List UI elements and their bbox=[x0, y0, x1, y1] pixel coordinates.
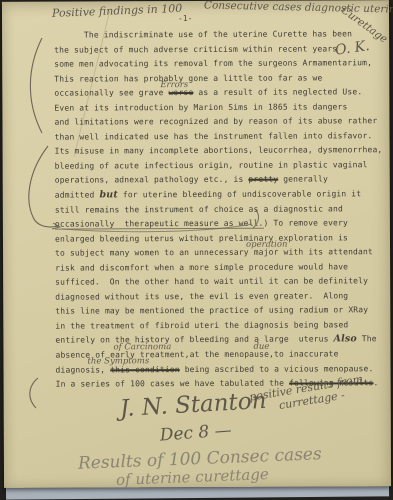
typed-text: occasionally see grave bbox=[54, 88, 168, 97]
typed-text: entirely on the history of bleeding and … bbox=[55, 335, 333, 345]
typed-line: Its misuse in many incomplete abortions,… bbox=[55, 144, 382, 160]
typed-line: risk and discomfort when a more simple p… bbox=[55, 260, 382, 276]
typed-line: entirely on the history of bleeding and … bbox=[55, 333, 382, 349]
struck-text: pretty bbox=[248, 175, 278, 184]
typed-text: some men advocating its removal from the… bbox=[54, 58, 372, 68]
typed-line: occasionally therapeutic measure as well… bbox=[55, 216, 382, 232]
typed-text: generally bbox=[278, 175, 328, 184]
insertion-operation: operation bbox=[246, 240, 287, 250]
typed-text: The indiscriminate use of the uterine Cu… bbox=[54, 29, 352, 39]
typed-text: bleeding of acute infectious origin, rou… bbox=[55, 160, 368, 170]
typed-line: still remains the instrument of choice a… bbox=[55, 202, 382, 218]
insertion-due: due bbox=[253, 342, 269, 352]
typed-line: enlarged bleeding uterus without prelimi… bbox=[55, 231, 382, 247]
typed-line: occasionally see grave worse as a result… bbox=[54, 85, 381, 101]
signature-date: Dec 8 — bbox=[159, 420, 232, 445]
typed-line: in the treatment of fibroid uteri the di… bbox=[55, 318, 382, 334]
typed-line: than well indicated use has the instrume… bbox=[55, 129, 382, 145]
typed-text: ) To remove every bbox=[263, 218, 347, 227]
typed-text: admitted bbox=[55, 190, 100, 199]
typed-text: . bbox=[373, 378, 378, 387]
typed-text: enlarged bleeding uterus without prelimi… bbox=[55, 233, 348, 243]
scanned-document-photo: Positive findings in 100 Consecutive cas… bbox=[0, 0, 393, 500]
handwritten-word: Also bbox=[334, 334, 357, 345]
typed-line: admitted but for uterine bleeding of und… bbox=[55, 187, 382, 203]
handwritten-word: but bbox=[99, 189, 117, 200]
typed-body: The indiscriminate use of the uterine Cu… bbox=[54, 27, 383, 392]
typed-text: and limitations were recognized and by r… bbox=[54, 116, 377, 126]
typed-text: the subject of much adverse criticism wi… bbox=[54, 44, 337, 54]
typed-line: this line may be mentioned the practice … bbox=[55, 304, 382, 320]
typed-line: bleeding of acute infectious origin, rou… bbox=[55, 158, 382, 174]
typed-text: The bbox=[357, 335, 377, 344]
typed-text: Even at its introduction by Marion Sims … bbox=[54, 102, 347, 112]
typed-text: sufficed. On the other hand to wait unti… bbox=[55, 277, 368, 287]
typed-text: Its misuse in many incomplete abortions,… bbox=[55, 146, 383, 156]
typed-line: sufficed. On the other hand to wait unti… bbox=[55, 274, 382, 290]
typed-line: This reaction has probably gone a little… bbox=[54, 71, 381, 87]
header-annotation-right: Consecutive cases diagnostic uterine bbox=[204, 0, 393, 16]
typed-text: diagnosed without its use, the evil is e… bbox=[55, 291, 348, 301]
typed-text: this line may be mentioned the practice … bbox=[55, 306, 368, 316]
typed-line: Even at its introduction by Marion Sims … bbox=[54, 100, 381, 116]
typed-text: still remains the instrument of choice a… bbox=[55, 204, 343, 214]
typed-line: and limitations were recognized and by r… bbox=[54, 114, 381, 130]
typed-text: operations, adnexal pathology etc., is bbox=[55, 175, 249, 185]
insertion-the-symptoms: the Symptoms bbox=[87, 356, 149, 366]
typed-text: as a result of its neglected Use. bbox=[193, 87, 362, 97]
typed-text: in the treatment of fibroid uteri the di… bbox=[55, 320, 348, 330]
typed-line: diagnosed without its use, the evil is e… bbox=[55, 289, 382, 305]
typed-text: to subject many women to an unnecessary … bbox=[55, 247, 373, 257]
typed-text: for uterine bleeding of undiscoverable o… bbox=[118, 189, 361, 199]
signature: J. N. Stanton bbox=[119, 388, 267, 422]
underlined-text: occasionally therapeutic measure as well… bbox=[55, 219, 264, 230]
typed-line: The indiscriminate use of the uterine Cu… bbox=[54, 27, 381, 43]
typed-line: to subject many women to an unnecessary … bbox=[55, 245, 382, 261]
typed-line: the subject of much adverse criticism wi… bbox=[54, 42, 381, 58]
document-page: Positive findings in 100 Consecutive cas… bbox=[2, 0, 391, 488]
insertion-errors: Errors bbox=[160, 80, 188, 90]
typed-text: than well indicated use has the instrume… bbox=[55, 131, 373, 141]
typed-line: some men advocating its removal from the… bbox=[54, 56, 381, 72]
typed-text: risk and discomfort when a more simple p… bbox=[55, 262, 348, 272]
page-number: -1- bbox=[178, 14, 192, 23]
typed-text: In a series of 100 cases we have tabulat… bbox=[56, 379, 289, 389]
typed-text: being ascribed to a vicious menopause. bbox=[180, 364, 374, 374]
typed-line: operations, adnexal pathology etc., is p… bbox=[55, 173, 382, 189]
insertion-of-carcinoma: of Carcinoma bbox=[113, 342, 171, 352]
typed-text: This reaction has probably gone a little… bbox=[54, 73, 322, 83]
